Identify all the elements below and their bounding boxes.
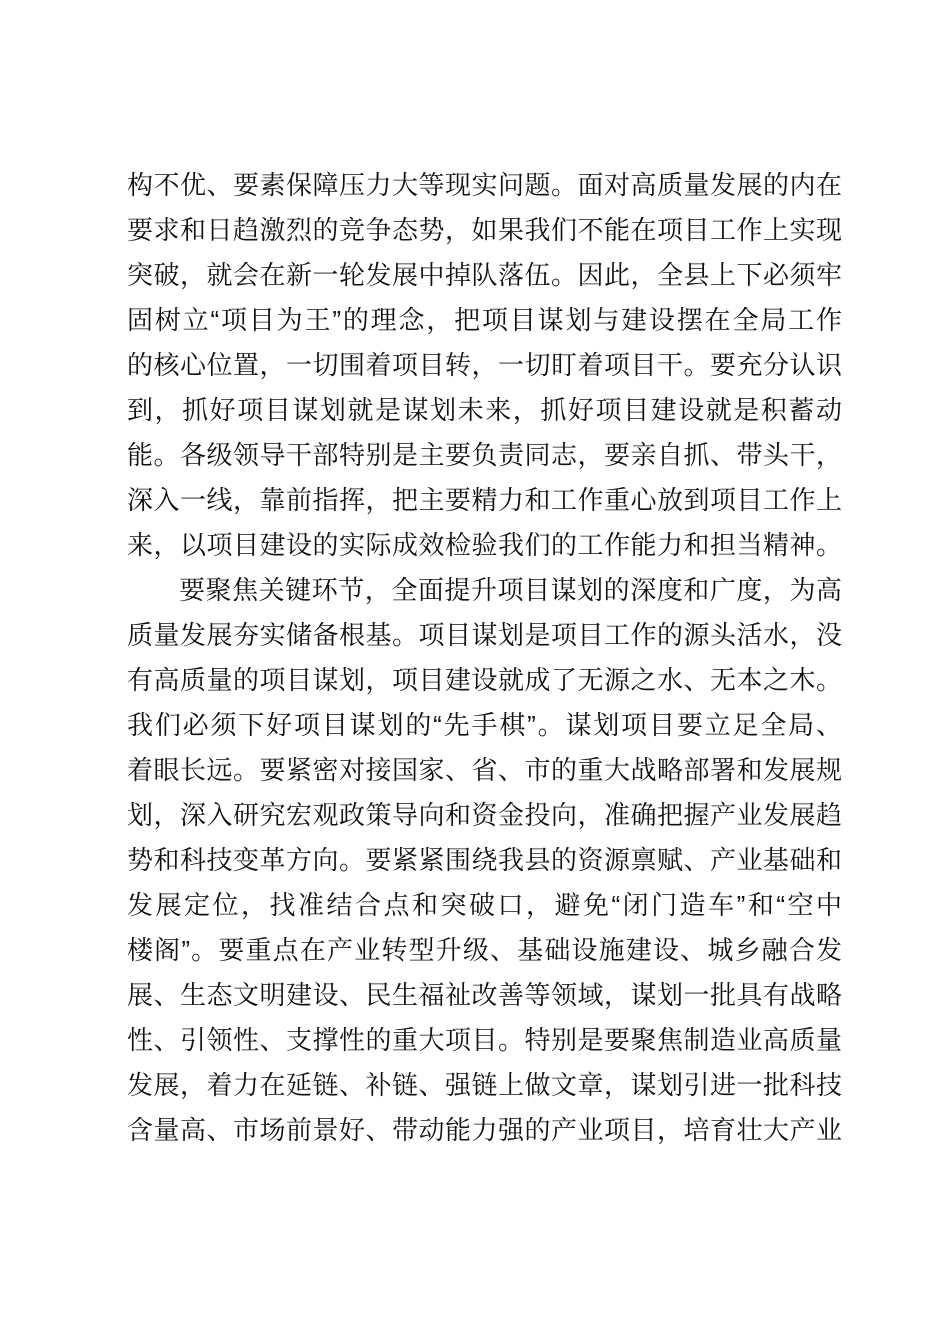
text-line: 展、生态文明建设、民生福祉改善等领域，谋划一批具有战略 bbox=[127, 973, 842, 1018]
text-line: 我们必须下好项目谋划的“先手棋”。谋划项目要立足全局、 bbox=[127, 703, 842, 748]
text-line: 发展定位，找准结合点和突破口，避免“闭门造车”和“空中 bbox=[127, 883, 842, 928]
text-line: 到，抓好项目谋划就是谋划未来，抓好项目建设就是积蓄动 bbox=[127, 388, 842, 433]
text-line: 性、引领性、支撑性的重大项目。特别是要聚焦制造业高质量 bbox=[127, 1018, 842, 1063]
text-line: 有高质量的项目谋划，项目建设就成了无源之水、无本之木。 bbox=[127, 658, 842, 703]
text-line: 划，深入研究宏观政策导向和资金投向，准确把握产业发展趋 bbox=[127, 793, 842, 838]
document-page: 构不优、要素保障压力大等现实问题。面对高质量发展的内在 要求和日趋激烈的竞争态势… bbox=[0, 0, 950, 1344]
text-line: 固树立“项目为王”的理念，把项目谋划与建设摆在全局工作 bbox=[127, 298, 842, 343]
text-line: 突破，就会在新一轮发展中掉队落伍。因此，全县上下必须牢 bbox=[127, 253, 842, 298]
paragraph-1: 构不优、要素保障压力大等现实问题。面对高质量发展的内在 要求和日趋激烈的竞争态势… bbox=[127, 163, 842, 568]
text-line: 深入一线，靠前指挥，把主要精力和工作重心放到项目工作上 bbox=[127, 478, 842, 523]
text-line: 的核心位置，一切围着项目转，一切盯着项目干。要充分认识 bbox=[127, 343, 842, 388]
text-line: 着眼长远。要紧密对接国家、省、市的重大战略部署和发展规 bbox=[127, 748, 842, 793]
text-line: 势和科技变革方向。要紧紧围绕我县的资源禀赋、产业基础和 bbox=[127, 838, 842, 883]
text-line: 能。各级领导干部特别是主要负责同志，要亲自抓、带头干， bbox=[127, 433, 842, 478]
text-body: 构不优、要素保障压力大等现实问题。面对高质量发展的内在 要求和日趋激烈的竞争态势… bbox=[127, 163, 842, 1153]
text-line: 质量发展夯实储备根基。项目谋划是项目工作的源头活水，没 bbox=[127, 613, 842, 658]
paragraph-2: 要聚焦关键环节，全面提升项目谋划的深度和广度，为高 质量发展夯实储备根基。项目谋… bbox=[127, 568, 842, 1153]
text-line: 楼阁”。要重点在产业转型升级、基础设施建设、城乡融合发 bbox=[127, 928, 842, 973]
text-line: 发展，着力在延链、补链、强链上做文章，谋划引进一批科技 bbox=[127, 1063, 842, 1108]
text-line: 来，以项目建设的实际成效检验我们的工作能力和担当精神。 bbox=[127, 523, 842, 568]
text-line: 构不优、要素保障压力大等现实问题。面对高质量发展的内在 bbox=[127, 163, 842, 208]
text-line: 要求和日趋激烈的竞争态势，如果我们不能在项目工作上实现 bbox=[127, 208, 842, 253]
text-line: 含量高、市场前景好、带动能力强的产业项目，培育壮大产业 bbox=[127, 1108, 842, 1153]
text-line: 要聚焦关键环节，全面提升项目谋划的深度和广度，为高 bbox=[127, 568, 842, 613]
